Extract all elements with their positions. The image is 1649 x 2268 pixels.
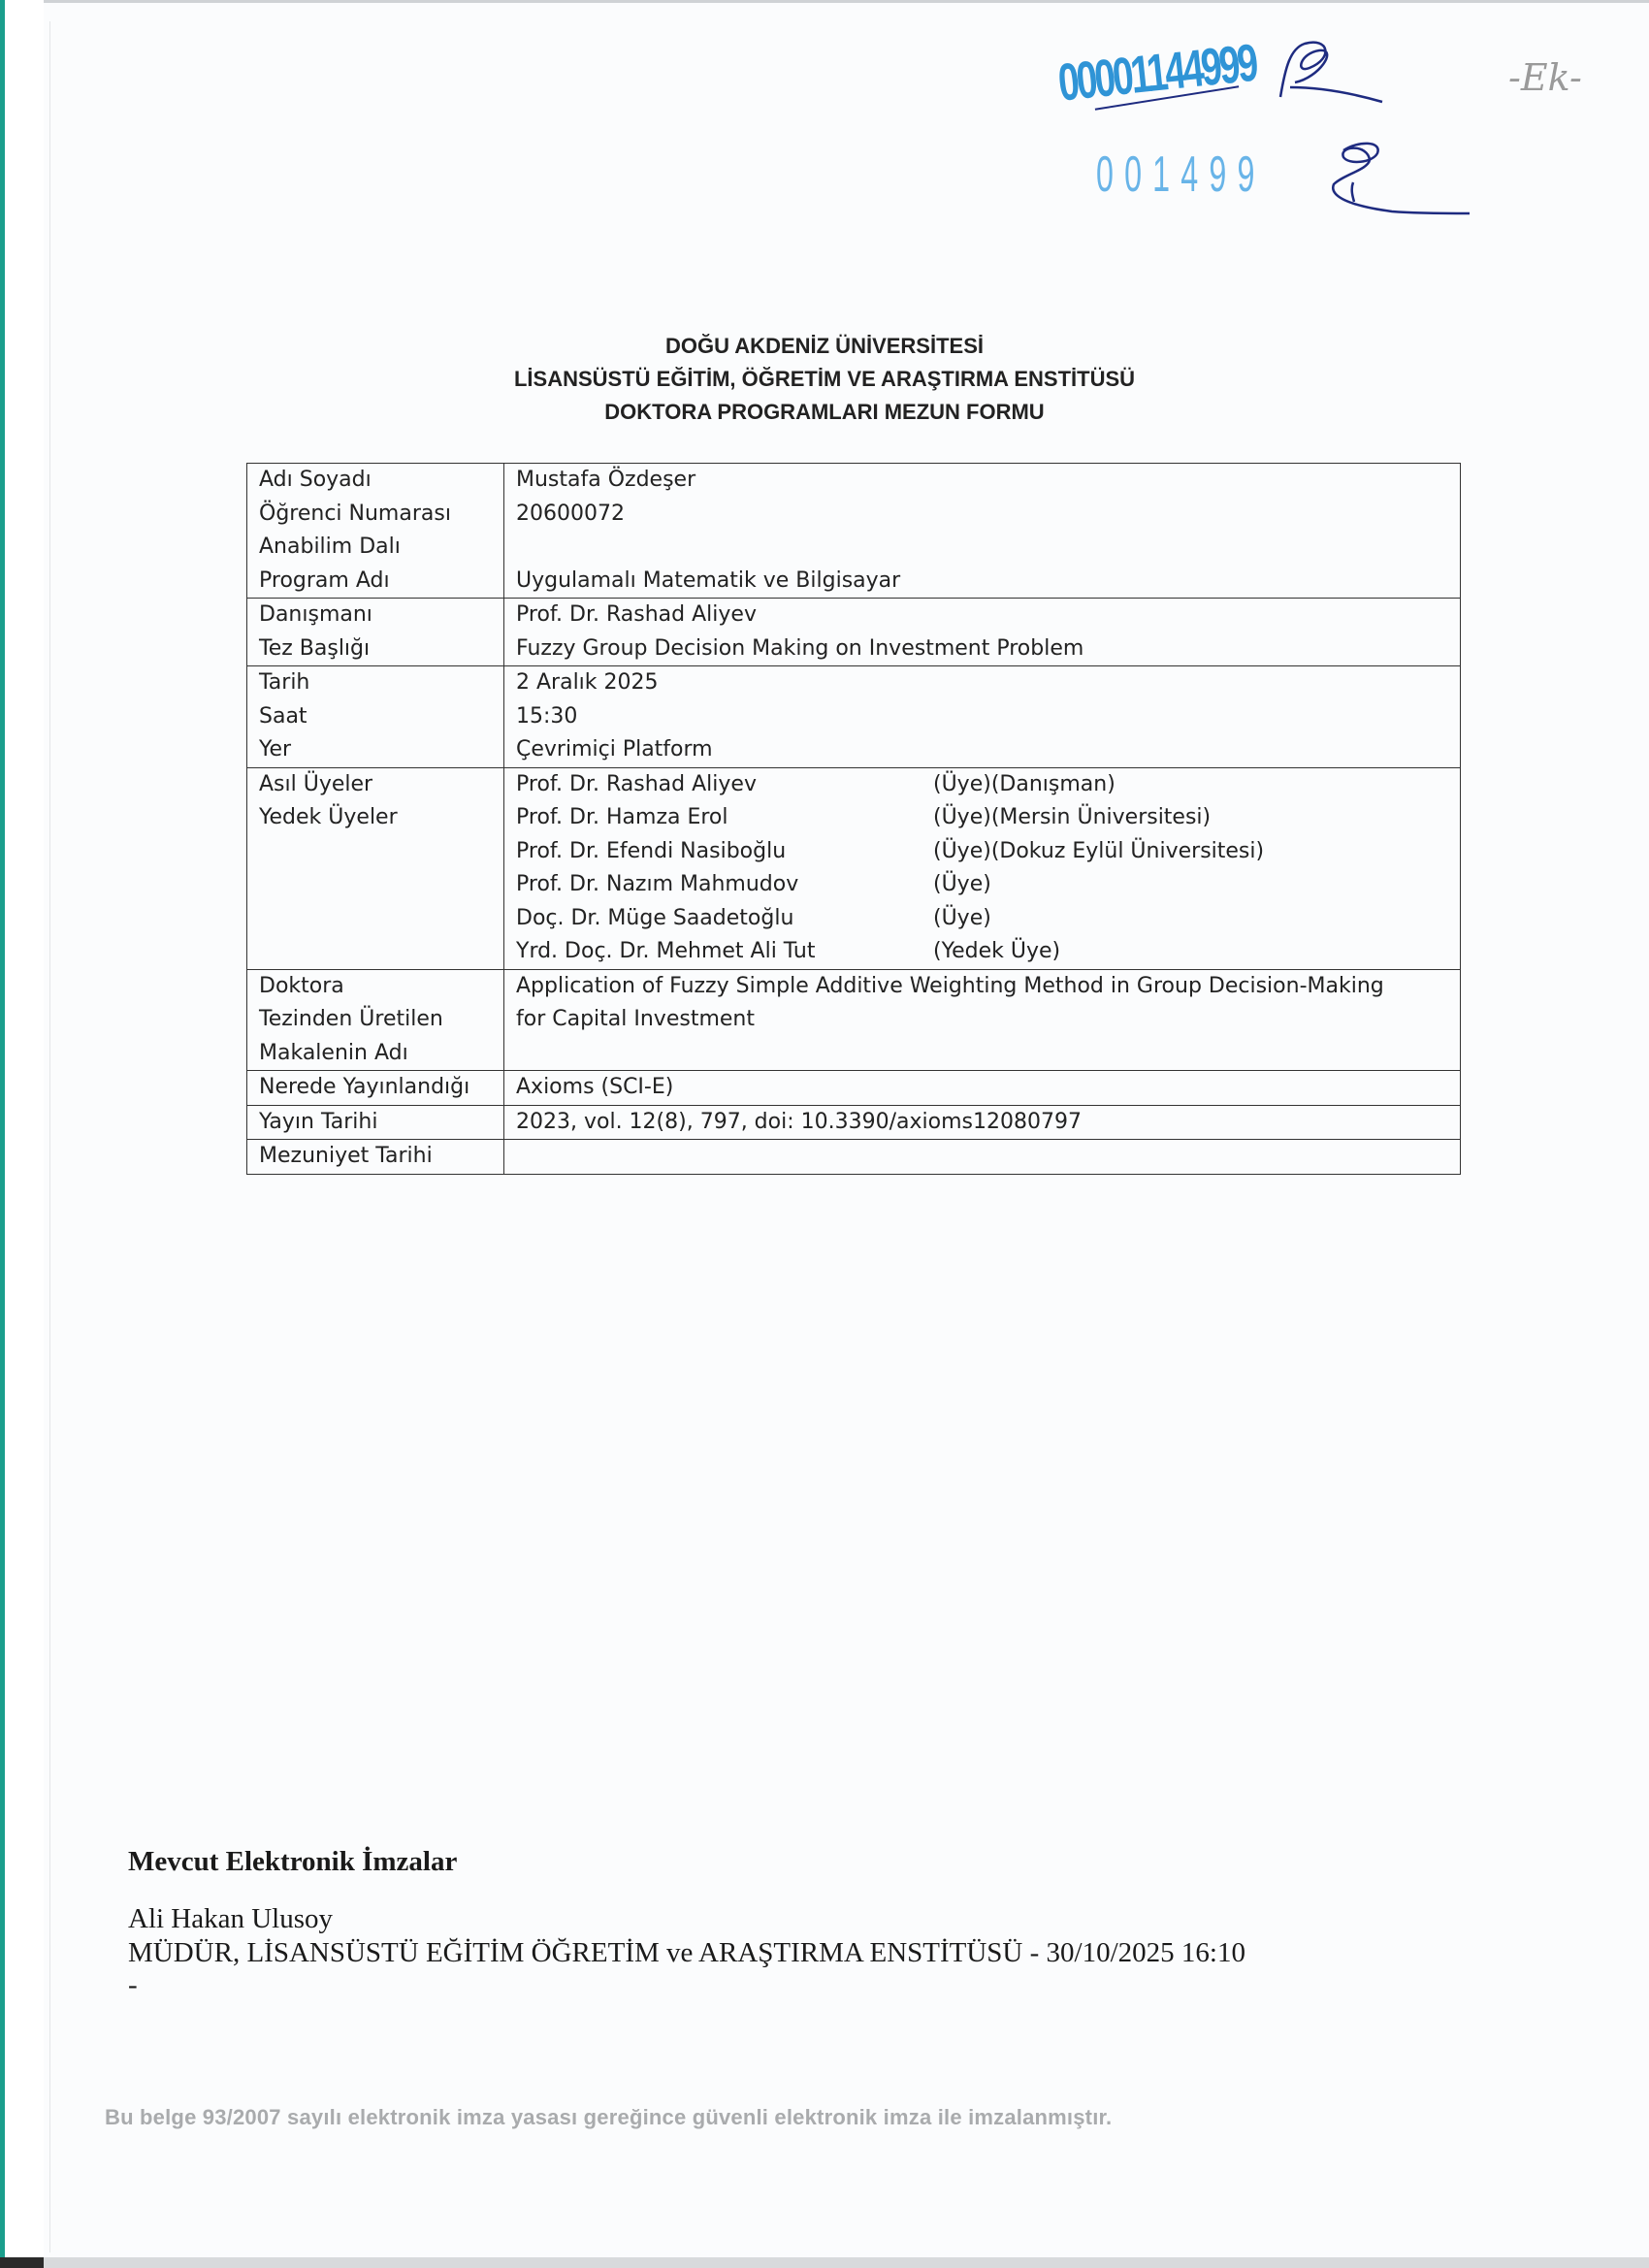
- advisor-value: Prof. Dr. Rashad Aliyev: [516, 599, 1448, 632]
- label-graduation-date: Mezuniyet Tarihi: [247, 1140, 504, 1175]
- institute-name: LİSANSÜSTÜ EĞİTİM, ÖĞRETİM VE ARAŞTIRMA …: [0, 363, 1649, 396]
- label-student-number: Öğrenci Numarası: [259, 498, 492, 532]
- thesis-labels-cell: Danışmanı Tez Başlığı: [247, 599, 504, 666]
- thesis-title-value: Fuzzy Group Decision Making on Investmen…: [516, 632, 1448, 666]
- defense-place: Çevrimiçi Platform: [516, 733, 1448, 767]
- label-date: Tarih: [259, 666, 492, 700]
- label-main-members: Asıl Üyeler: [259, 768, 492, 802]
- jury-labels-cell: Asıl Üyeler Yedek Üyeler: [247, 767, 504, 969]
- table-row-published-date: Yayın Tarihi 2023, vol. 12(8), 797, doi:…: [247, 1105, 1461, 1140]
- e-signature-legal-note: Bu belge 93/2007 sayılı elektronik imza …: [105, 2105, 1112, 2130]
- label-name: Adı Soyadı: [259, 464, 492, 498]
- member-role: (Üye)(Mersin Üniversitesi): [933, 801, 1211, 835]
- graduate-form-table: Adı Soyadı Öğrenci Numarası Anabilim Dal…: [246, 463, 1461, 1175]
- pencil-annotation: -Ek-: [1508, 56, 1582, 99]
- jury-member: Doç. Dr. Müge Saadetoğlu(Üye): [516, 902, 1448, 936]
- label-advisor: Danışmanı: [259, 599, 492, 632]
- published-where-value: Axioms (SCI-E): [504, 1071, 1461, 1106]
- defense-labels-cell: Tarih Saat Yer: [247, 666, 504, 768]
- member-role: (Üye)(Danışman): [933, 768, 1115, 802]
- label-program: Program Adı: [259, 565, 492, 599]
- member-name: Prof. Dr. Hamza Erol: [516, 801, 933, 835]
- member-name: Prof. Dr. Efendi Nasiboğlu: [516, 835, 933, 869]
- label-thesis-title: Tez Başlığı: [259, 632, 492, 666]
- student-name: Mustafa Özdeşer: [516, 464, 1448, 498]
- university-name: DOĞU AKDENİZ ÜNİVERSİTESİ: [0, 330, 1649, 363]
- jury-member: Prof. Dr. Rashad Aliyev(Üye)(Danışman): [516, 768, 1448, 802]
- member-role: (Üye): [933, 902, 991, 936]
- member-name: Doç. Dr. Müge Saadetoğlu: [516, 902, 933, 936]
- table-row-published-where: Nerede Yayınlandığı Axioms (SCI-E): [247, 1071, 1461, 1106]
- table-row-student: Adı Soyadı Öğrenci Numarası Anabilim Dal…: [247, 464, 1461, 599]
- department-value: [516, 531, 1448, 565]
- electronic-signatures: Mevcut Elektronik İmzalar Ali Hakan Ulus…: [128, 1846, 1245, 2001]
- student-labels-cell: Adı Soyadı Öğrenci Numarası Anabilim Dal…: [247, 464, 504, 599]
- initials-signature-icon: [1261, 29, 1397, 116]
- signer-role-timestamp: MÜDÜR, LİSANSÜSTÜ EĞİTİM ÖĞRETİM ve ARAŞ…: [128, 1937, 1245, 1969]
- defense-values-cell: 2 Aralık 2025 15:30 Çevrimiçi Platform: [504, 666, 1461, 768]
- student-number: 20600072: [516, 498, 1448, 532]
- label-published-where: Nerede Yayınlandığı: [247, 1071, 504, 1106]
- label-place: Yer: [259, 733, 492, 767]
- label-article-2: Tezinden Üretilen: [259, 1003, 492, 1037]
- label-time: Saat: [259, 700, 492, 734]
- article-title-line-1: Application of Fuzzy Simple Additive Wei…: [516, 970, 1448, 1004]
- program-value: Uygulamalı Matematik ve Bilgisayar: [516, 565, 1448, 599]
- member-name: Yrd. Doç. Dr. Mehmet Ali Tut: [516, 935, 933, 969]
- table-row-defense: Tarih Saat Yer 2 Aralık 2025 15:30 Çevri…: [247, 666, 1461, 768]
- registry-stamp-old: 00001144999: [1055, 33, 1258, 113]
- form-title: DOKTORA PROGRAMLARI MEZUN FORMU: [0, 396, 1649, 429]
- member-role: (Üye)(Dokuz Eylül Üniversitesi): [933, 835, 1264, 869]
- document-header: DOĞU AKDENİZ ÜNİVERSİTESİ LİSANSÜSTÜ EĞİ…: [0, 330, 1649, 429]
- initials-signature-icon: [1300, 136, 1474, 218]
- defense-date: 2 Aralık 2025: [516, 666, 1448, 700]
- scan-bottom-corner: [0, 2257, 44, 2268]
- graduation-date-value: [504, 1140, 1461, 1175]
- article-title-cell: Application of Fuzzy Simple Additive Wei…: [504, 969, 1461, 1071]
- scan-bottom-edge: [0, 2257, 1649, 2268]
- jury-member: Prof. Dr. Hamza Erol(Üye)(Mersin Ünivers…: [516, 801, 1448, 835]
- jury-member: Yrd. Doç. Dr. Mehmet Ali Tut(Yedek Üye): [516, 935, 1448, 969]
- scan-top-edge: [0, 0, 1649, 3]
- article-labels-cell: Doktora Tezinden Üretilen Makalenin Adı: [247, 969, 504, 1071]
- label-substitute-members: Yedek Üyeler: [259, 801, 492, 835]
- label-department: Anabilim Dalı: [259, 531, 492, 565]
- defense-time: 15:30: [516, 700, 1448, 734]
- thesis-values-cell: Prof. Dr. Rashad Aliyev Fuzzy Group Deci…: [504, 599, 1461, 666]
- signer-name: Ali Hakan Ulusoy: [128, 1903, 1245, 1935]
- member-role: (Yedek Üye): [933, 935, 1060, 969]
- signatures-heading: Mevcut Elektronik İmzalar: [128, 1846, 1245, 1878]
- jury-member: Prof. Dr. Efendi Nasiboğlu(Üye)(Dokuz Ey…: [516, 835, 1448, 869]
- student-values-cell: Mustafa Özdeşer 20600072 Uygulamalı Mate…: [504, 464, 1461, 599]
- member-name: Prof. Dr. Nazım Mahmudov: [516, 868, 933, 902]
- signature-trailer: -: [128, 1969, 1245, 2001]
- label-article-3: Makalenin Adı: [259, 1037, 492, 1071]
- jury-member: Prof. Dr. Nazım Mahmudov(Üye): [516, 868, 1448, 902]
- member-name: Prof. Dr. Rashad Aliyev: [516, 768, 933, 802]
- table-row-jury: Asıl Üyeler Yedek Üyeler Prof. Dr. Rasha…: [247, 767, 1461, 969]
- label-article-1: Doktora: [259, 970, 492, 1004]
- table-row-thesis: Danışmanı Tez Başlığı Prof. Dr. Rashad A…: [247, 599, 1461, 666]
- article-title-line-2: for Capital Investment: [516, 1003, 1448, 1037]
- table-row-graduation-date: Mezuniyet Tarihi: [247, 1140, 1461, 1175]
- table-row-article: Doktora Tezinden Üretilen Makalenin Adı …: [247, 969, 1461, 1071]
- member-role: (Üye): [933, 868, 991, 902]
- jury-members-cell: Prof. Dr. Rashad Aliyev(Üye)(Danışman) P…: [504, 767, 1461, 969]
- published-date-value: 2023, vol. 12(8), 797, doi: 10.3390/axio…: [504, 1105, 1461, 1140]
- registry-stamp-new: 001499: [1096, 146, 1266, 204]
- label-published-date: Yayın Tarihi: [247, 1105, 504, 1140]
